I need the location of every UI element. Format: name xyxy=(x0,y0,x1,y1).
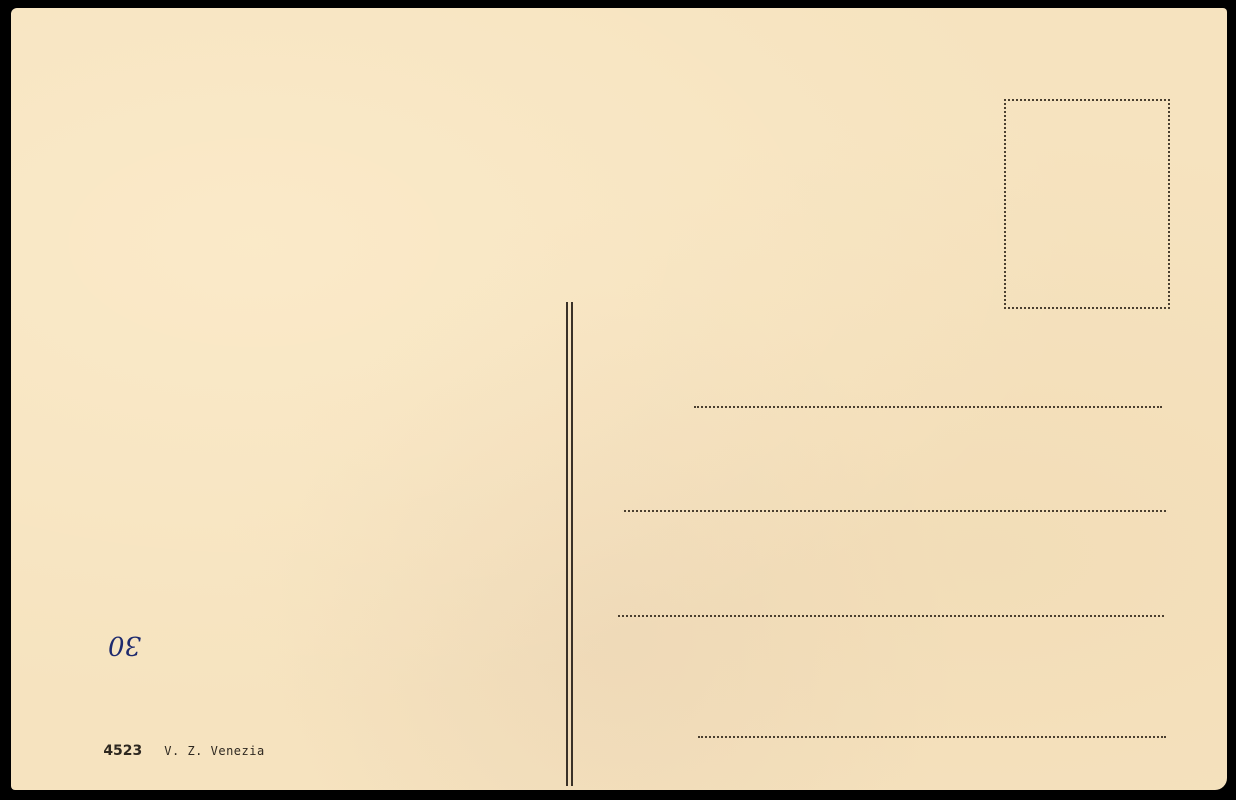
publisher-imprint: 4523V. Z. Venezia xyxy=(72,728,265,774)
stamp-box xyxy=(1004,99,1170,309)
postcard-back: 30 4523V. Z. Venezia xyxy=(11,8,1227,790)
center-divider xyxy=(566,302,575,786)
address-line-2 xyxy=(624,510,1166,512)
divider-rule-left xyxy=(566,302,568,786)
handwritten-number: 30 xyxy=(108,632,141,658)
address-line-3 xyxy=(618,615,1164,617)
address-line-1 xyxy=(694,406,1162,408)
catalog-number: 4523 xyxy=(103,743,142,759)
divider-rule-right xyxy=(571,302,573,786)
address-line-4 xyxy=(698,736,1166,738)
publisher-name: V. Z. Venezia xyxy=(164,744,264,758)
